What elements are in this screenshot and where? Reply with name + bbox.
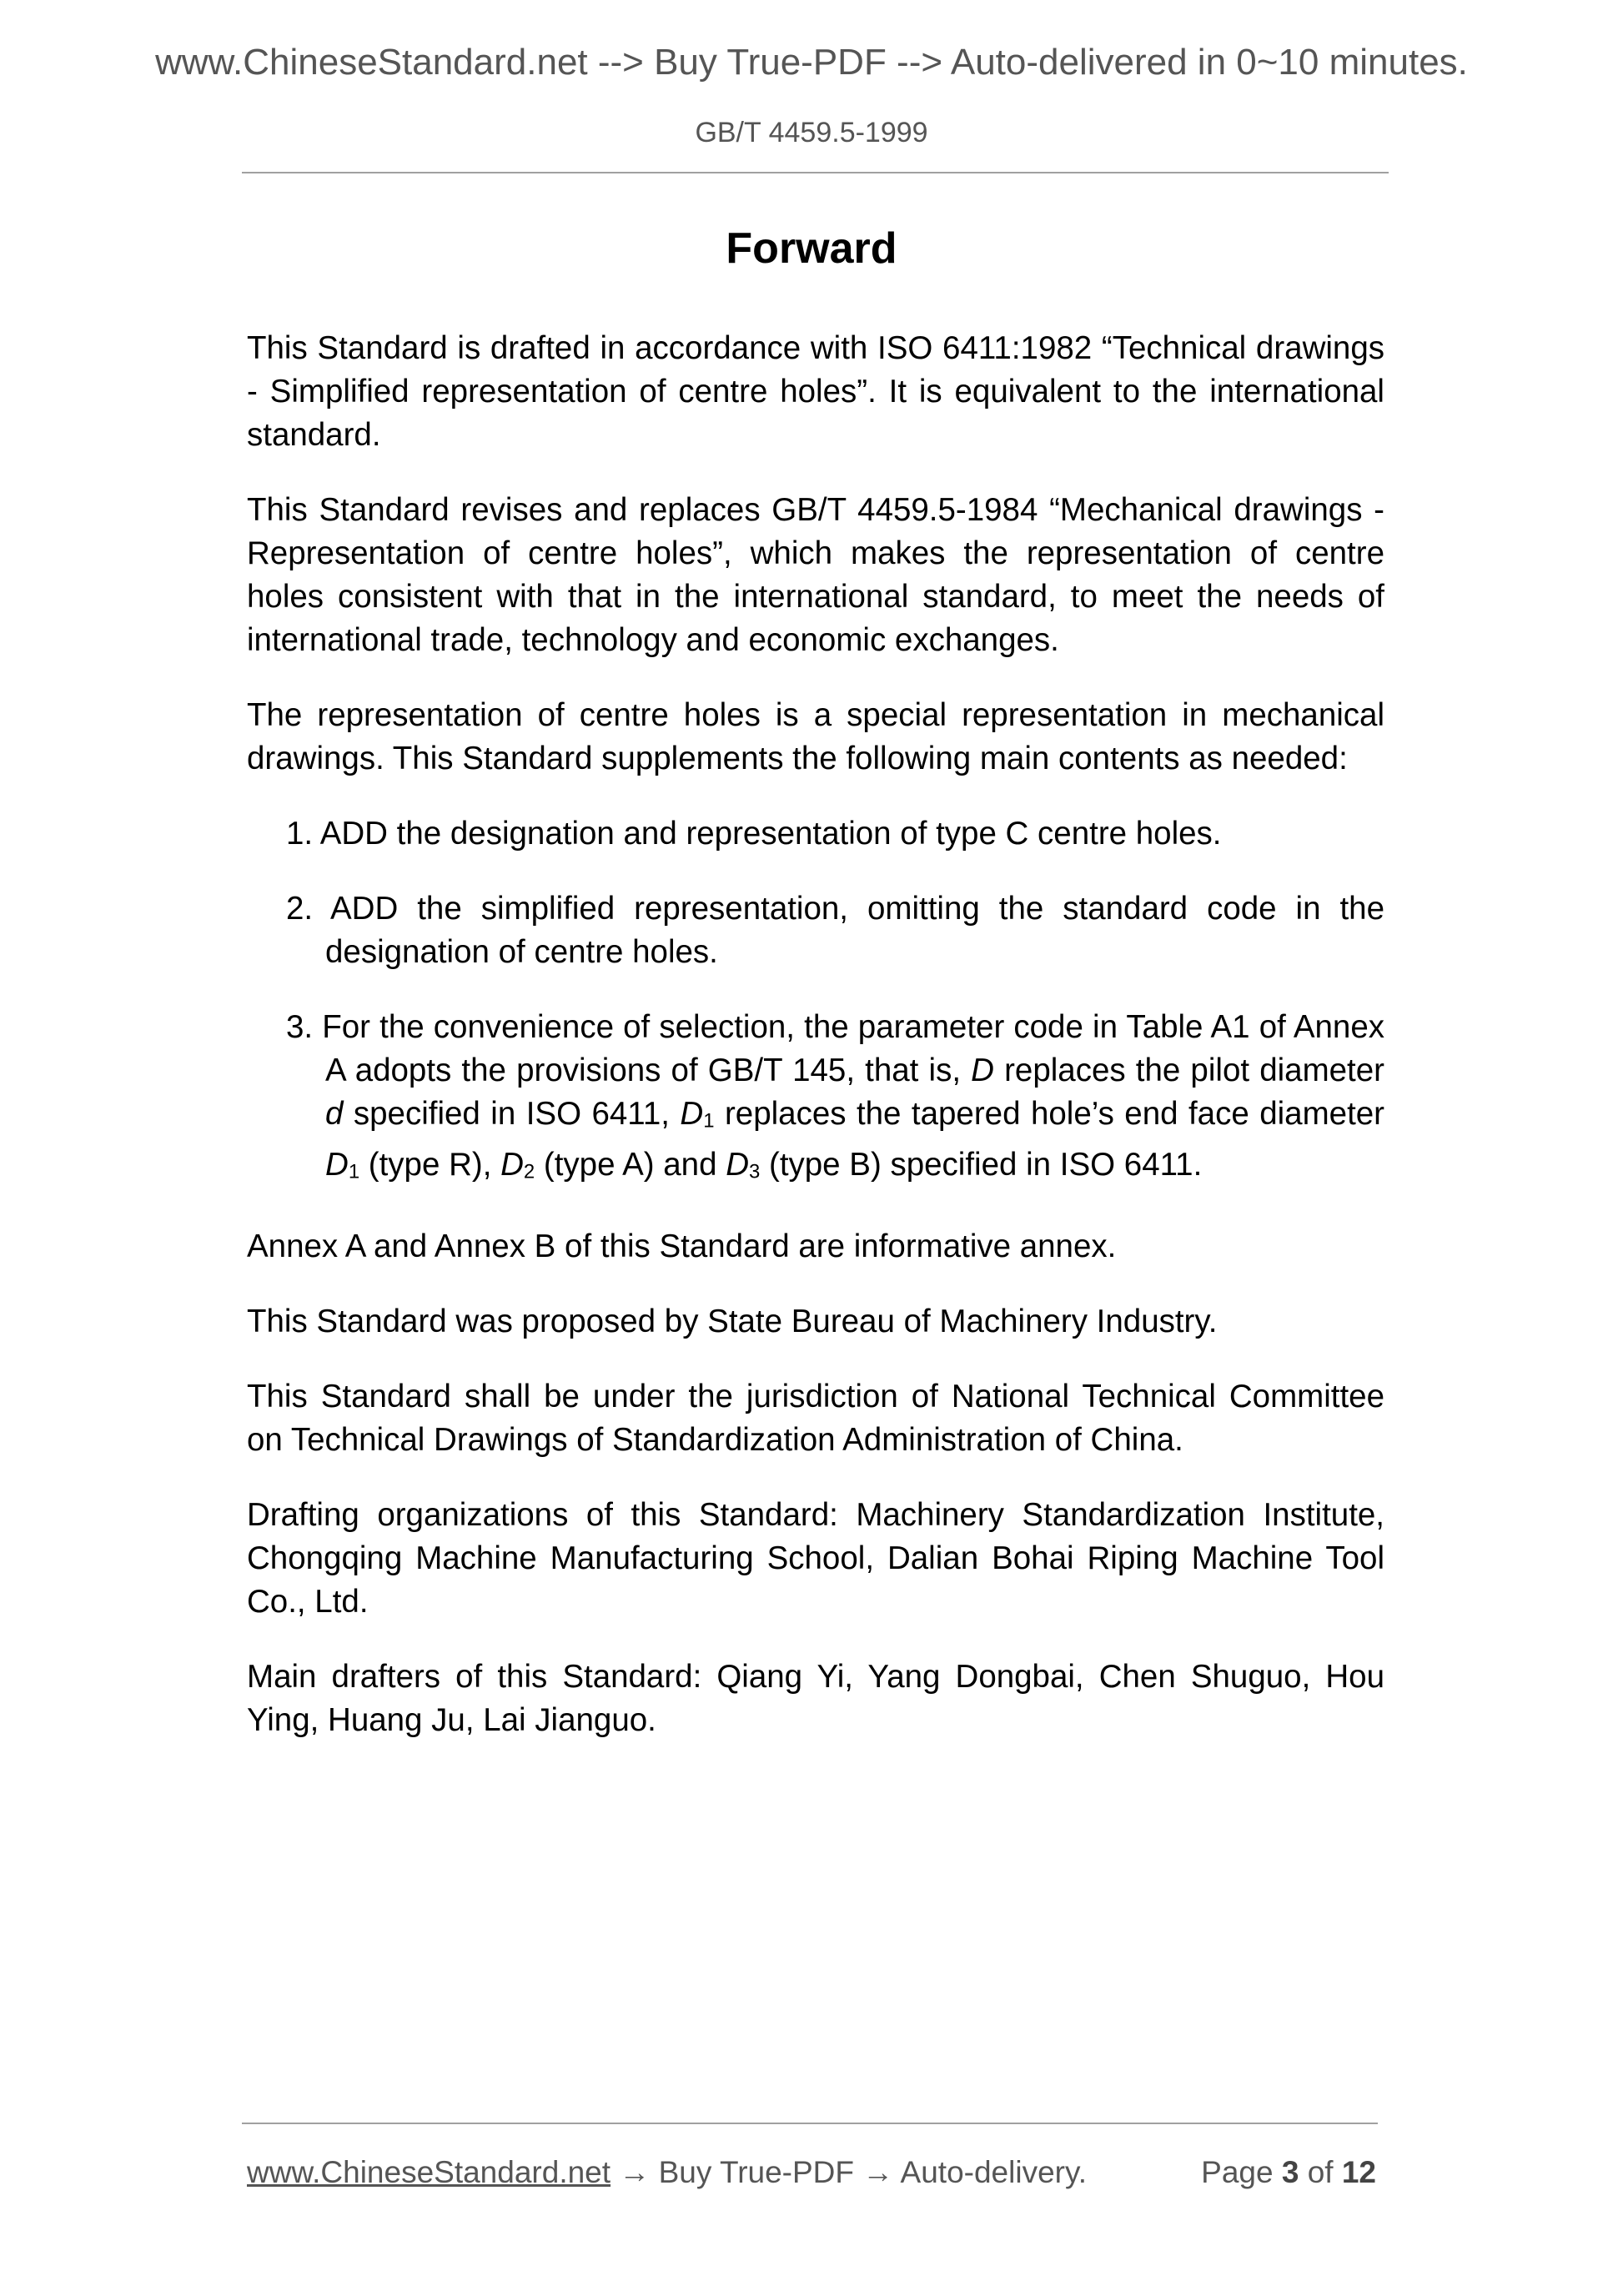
- header-divider: [242, 172, 1389, 173]
- paragraph-supplements: The representation of centre holes is a …: [247, 694, 1384, 781]
- footer-site-link[interactable]: www.ChineseStandard.net: [247, 2155, 611, 2189]
- page-footer: www.ChineseStandard.net → Buy True-PDF →…: [247, 2155, 1376, 2190]
- paragraph-drafting-organizations: Drafting organizations of this Standard:…: [247, 1494, 1384, 1624]
- page-number: Page 3 of 12: [1201, 2155, 1376, 2190]
- paragraph-revision: This Standard revises and replaces GB/T …: [247, 489, 1384, 662]
- arrow-right-icon: →: [862, 2155, 893, 2189]
- paragraph-annex-note: Annex A and Annex B of this Standard are…: [247, 1225, 1384, 1269]
- top-banner: www.ChineseStandard.net --> Buy True-PDF…: [0, 42, 1623, 83]
- list-item: 3. For the convenience of selection, the…: [247, 1006, 1384, 1193]
- paragraph-drafting-basis: This Standard is drafted in accordance w…: [247, 327, 1384, 457]
- list-item: 2. ADD the simplified representation, om…: [247, 887, 1384, 974]
- list-item: 1. ADD the designation and representatio…: [247, 812, 1384, 856]
- footer-promo: www.ChineseStandard.net → Buy True-PDF →…: [247, 2155, 1087, 2190]
- page-title: Forward: [0, 224, 1623, 274]
- document-code: GB/T 4459.5-1999: [0, 117, 1623, 149]
- paragraph-proposed-by: This Standard was proposed by State Bure…: [247, 1300, 1384, 1344]
- footer-divider: [242, 2123, 1378, 2124]
- paragraph-jurisdiction: This Standard shall be under the jurisdi…: [247, 1375, 1384, 1462]
- arrow-right-icon: →: [619, 2155, 650, 2189]
- supplements-list: 1. ADD the designation and representatio…: [247, 812, 1384, 1193]
- paragraph-main-drafters: Main drafters of this Standard: Qiang Yi…: [247, 1655, 1384, 1742]
- document-body: This Standard is drafted in accordance w…: [247, 327, 1384, 1774]
